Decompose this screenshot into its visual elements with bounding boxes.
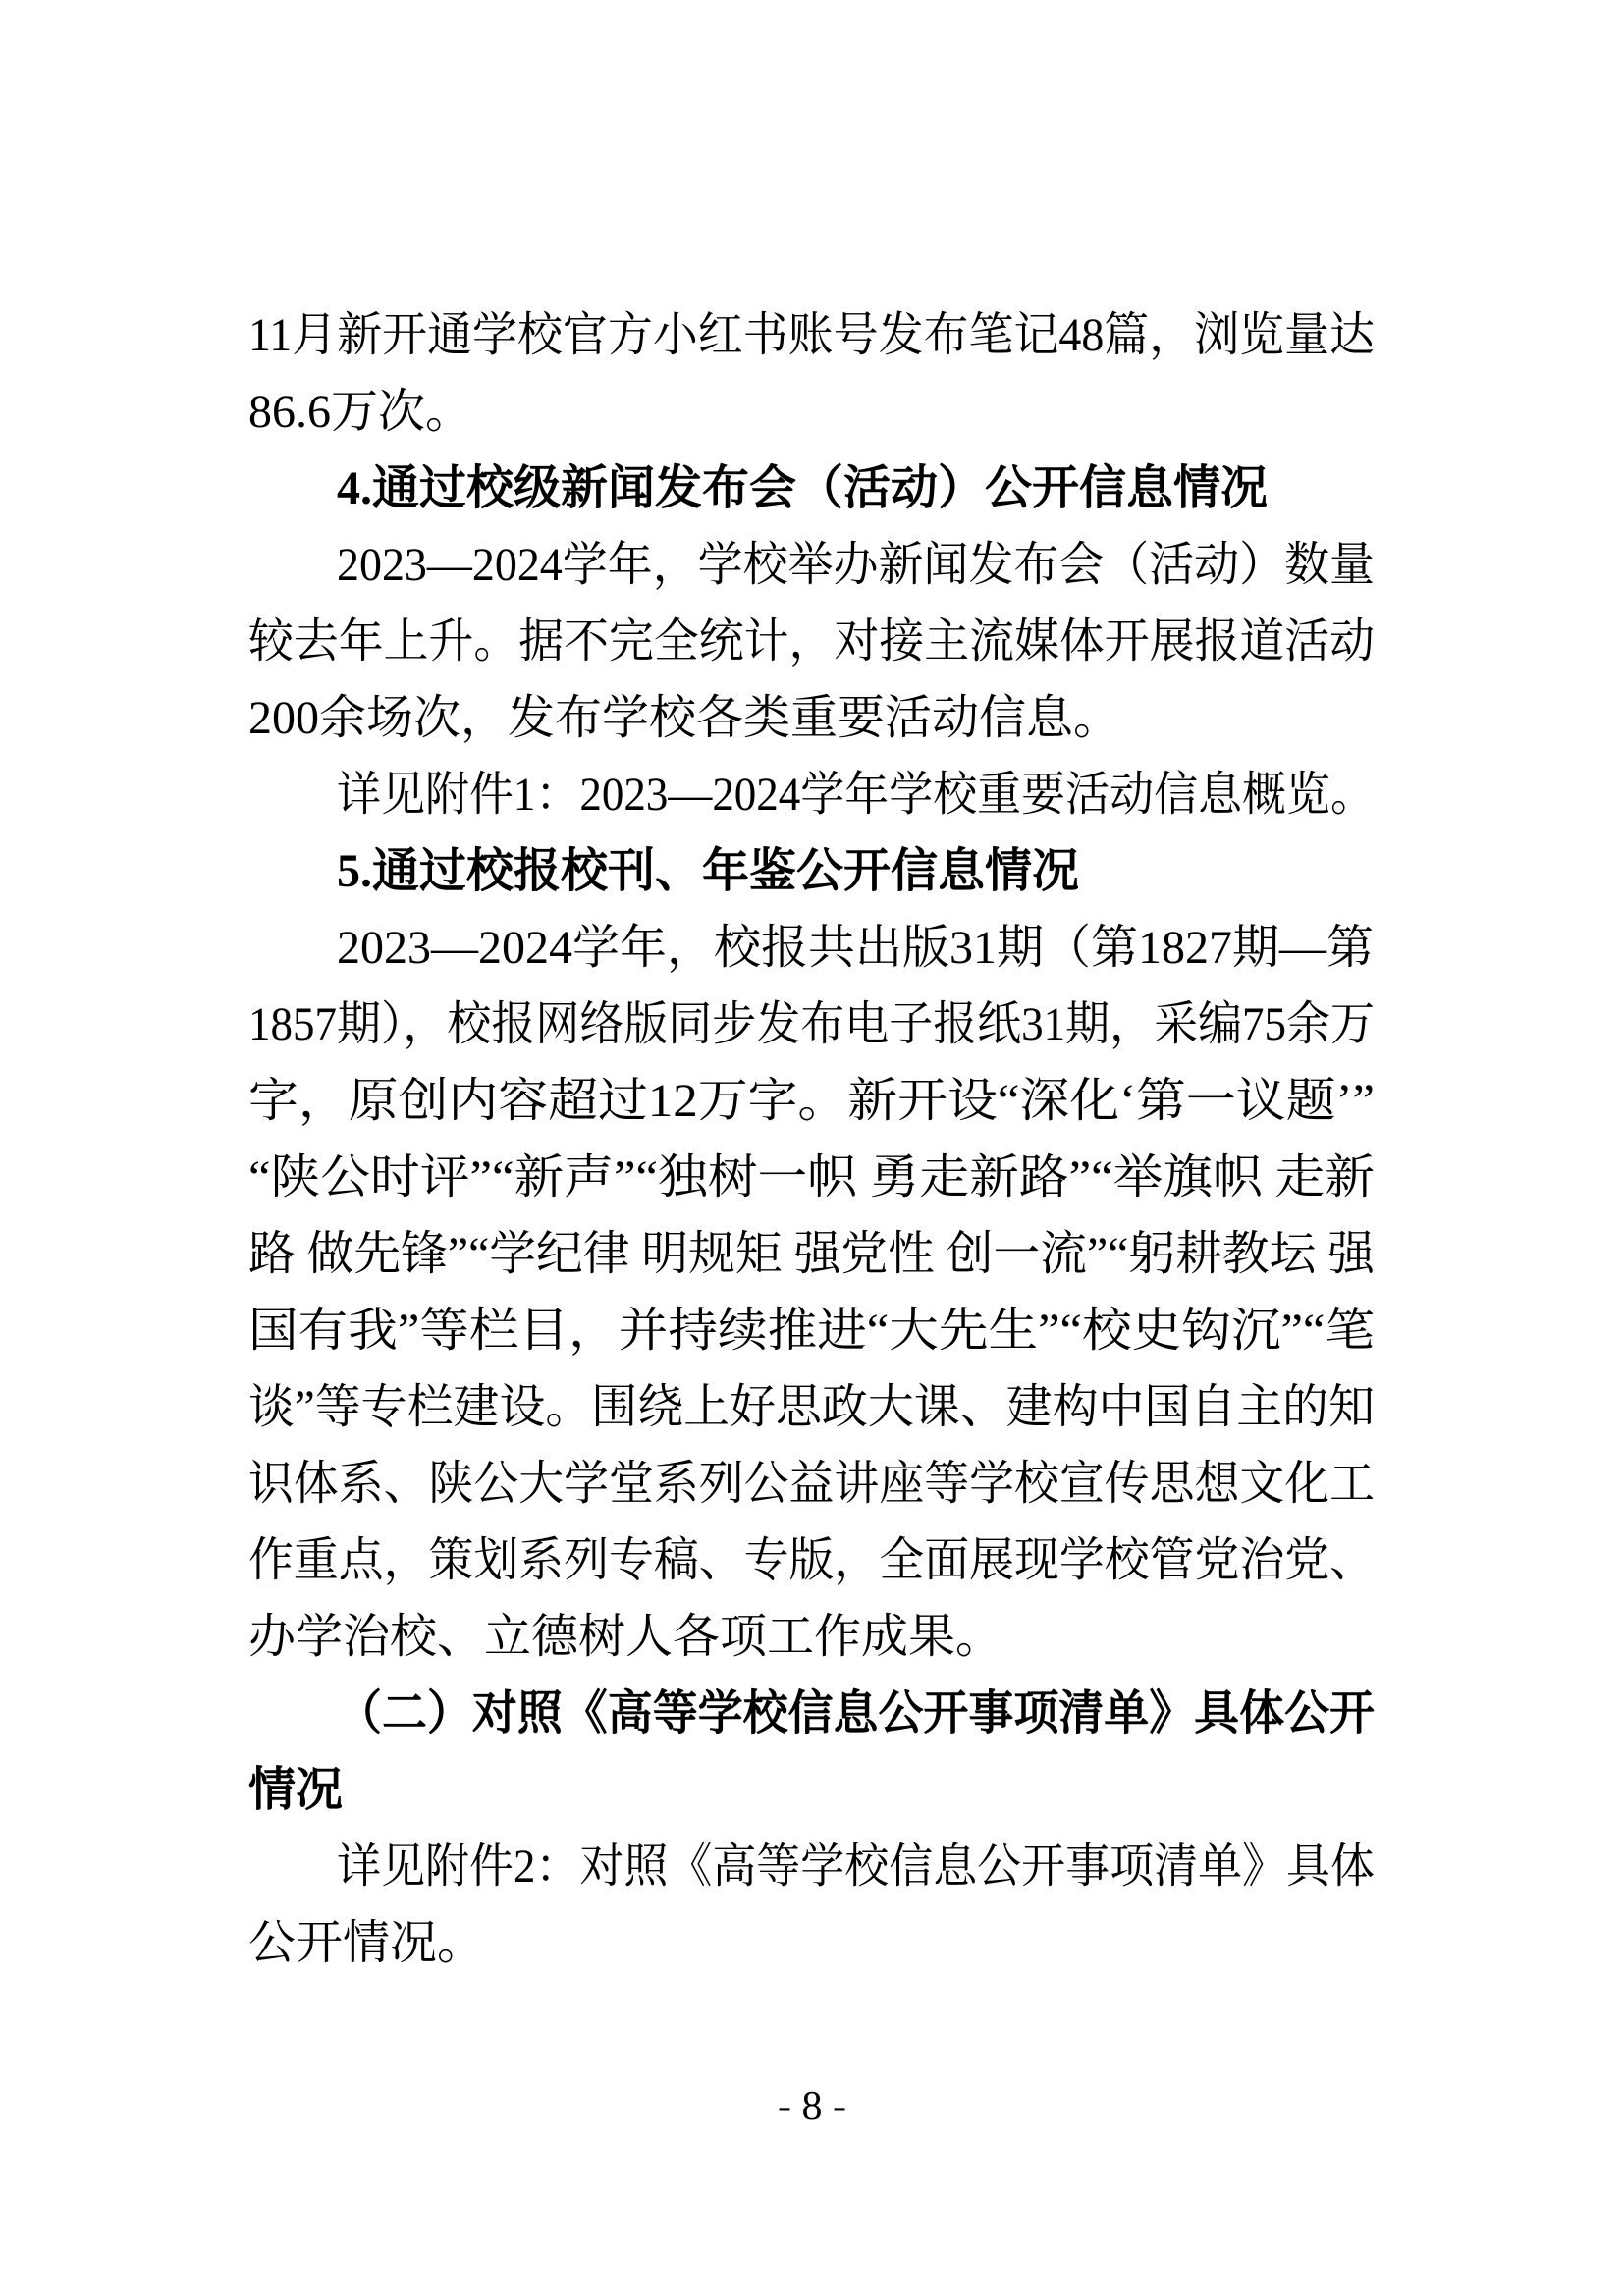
paragraph-line: 200余场次，发布学校各类重要活动信息。 (248, 680, 1375, 757)
paragraph-line: 国有我”等栏目，并持续推进“大先生”“校史钩沉”“笔 (248, 1293, 1375, 1369)
paragraph-text: 详见附件1：2023—2024学年学校重要活动信息概览。 (337, 757, 1375, 833)
heading-5-line: 5.通过校报校刊、年鉴公开信息情况 (248, 833, 1375, 910)
paragraph-text: 谈”等专栏建设。围绕上好思政大课、建构中国自主的知 (248, 1369, 1375, 1446)
document-page: 11月新开通学校官方小红书账号发布笔记48篇，浏览量达 86.6万次。 4.通过… (0, 0, 1624, 2296)
paragraph-line: 2023—2024学年，学校举办新闻发布会（活动）数量 (248, 527, 1375, 604)
page-body: 11月新开通学校官方小红书账号发布笔记48篇，浏览量达 86.6万次。 4.通过… (248, 297, 1375, 1982)
section-2-heading-line-1: （二）对照《高等学校信息公开事项清单》具体公开 (248, 1676, 1375, 1752)
paragraph-line: 办学治校、立德树人各项工作成果。 (248, 1599, 1375, 1676)
paragraph-text: 2023—2024学年，学校举办新闻发布会（活动）数量 (337, 527, 1375, 604)
paragraph-line: 作重点，策划系列专稿、专版，全面展现学校管党治党、 (248, 1522, 1375, 1599)
paragraph-text: 200余场次，发布学校各类重要活动信息。 (248, 680, 1120, 757)
heading-text: 4.通过校级新闻发布会（活动）公开信息情况 (337, 451, 1268, 527)
paragraph-text: 路 做先锋”“学纪律 明规矩 强党性 创一流”“躬耕教坛 强 (248, 1216, 1375, 1293)
paragraph-line: “陕公时评”“新声”“独树一帜 勇走新路”“举旗帜 走新 (248, 1140, 1375, 1216)
paragraph-line: 1857期），校报网络版同步发布电子报纸31期，采编75余万 (248, 987, 1375, 1063)
attachment-2-reference: 详见附件2：对照《高等学校信息公开事项清单》具体 (248, 1829, 1375, 1905)
heading-text: 5.通过校报校刊、年鉴公开信息情况 (337, 833, 1079, 910)
paragraph-text: 2023—2024学年，校报共出版31期（第1827期—第 (337, 910, 1374, 987)
heading-text: （二）对照《高等学校信息公开事项清单》具体公开 (337, 1676, 1375, 1752)
paragraph-text: 11月新开通学校官方小红书账号发布笔记48篇，浏览量达 (248, 297, 1375, 374)
paragraph-text: 国有我”等栏目，并持续推进“大先生”“校史钩沉”“笔 (248, 1293, 1375, 1369)
paragraph-text: 作重点，策划系列专稿、专版，全面展现学校管党治党、 (248, 1522, 1375, 1599)
paragraph-text: 86.6万次。 (248, 374, 472, 451)
paragraph-line: 路 做先锋”“学纪律 明规矩 强党性 创一流”“躬耕教坛 强 (248, 1216, 1375, 1293)
paragraph-line: 谈”等专栏建设。围绕上好思政大课、建构中国自主的知 (248, 1369, 1375, 1446)
paragraph-line: 字，原创内容超过12万字。新开设“深化‘第一议题’” (248, 1063, 1375, 1140)
paragraph-text: 详见附件2：对照《高等学校信息公开事项清单》具体 (337, 1829, 1375, 1905)
paragraph-line: 86.6万次。 (248, 374, 1375, 451)
paragraph-line: 2023—2024学年，校报共出版31期（第1827期—第 (248, 910, 1375, 987)
paragraph-line: 识体系、陕公大学堂系列公益讲座等学校宣传思想文化工 (248, 1446, 1375, 1522)
heading-4-line: 4.通过校级新闻发布会（活动）公开信息情况 (248, 451, 1375, 527)
heading-text: 情况 (248, 1752, 343, 1829)
paragraph-line: 11月新开通学校官方小红书账号发布笔记48篇，浏览量达 (248, 297, 1375, 374)
paragraph-text: “陕公时评”“新声”“独树一帜 勇走新路”“举旗帜 走新 (248, 1140, 1375, 1216)
paragraph-line: 较去年上升。据不完全统计，对接主流媒体开展报道活动 (248, 604, 1375, 680)
paragraph-text: 办学治校、立德树人各项工作成果。 (248, 1599, 1002, 1676)
paragraph-text: 较去年上升。据不完全统计，对接主流媒体开展报道活动 (248, 604, 1375, 680)
paragraph-text: 公开情况。 (248, 1905, 484, 1982)
paragraph-text: 1857期），校报网络版同步发布电子报纸31期，采编75余万 (248, 987, 1375, 1063)
paragraph-text: 字，原创内容超过12万字。新开设“深化‘第一议题’” (248, 1063, 1375, 1140)
attachment-1-reference: 详见附件1：2023—2024学年学校重要活动信息概览。 (248, 757, 1375, 833)
page-footer: - 8 - (0, 2083, 1624, 2130)
paragraph-line: 公开情况。 (248, 1905, 1375, 1982)
section-2-heading-line-2: 情况 (248, 1752, 1375, 1829)
page-number: - 8 - (778, 2084, 846, 2129)
paragraph-text: 识体系、陕公大学堂系列公益讲座等学校宣传思想文化工 (248, 1446, 1375, 1522)
